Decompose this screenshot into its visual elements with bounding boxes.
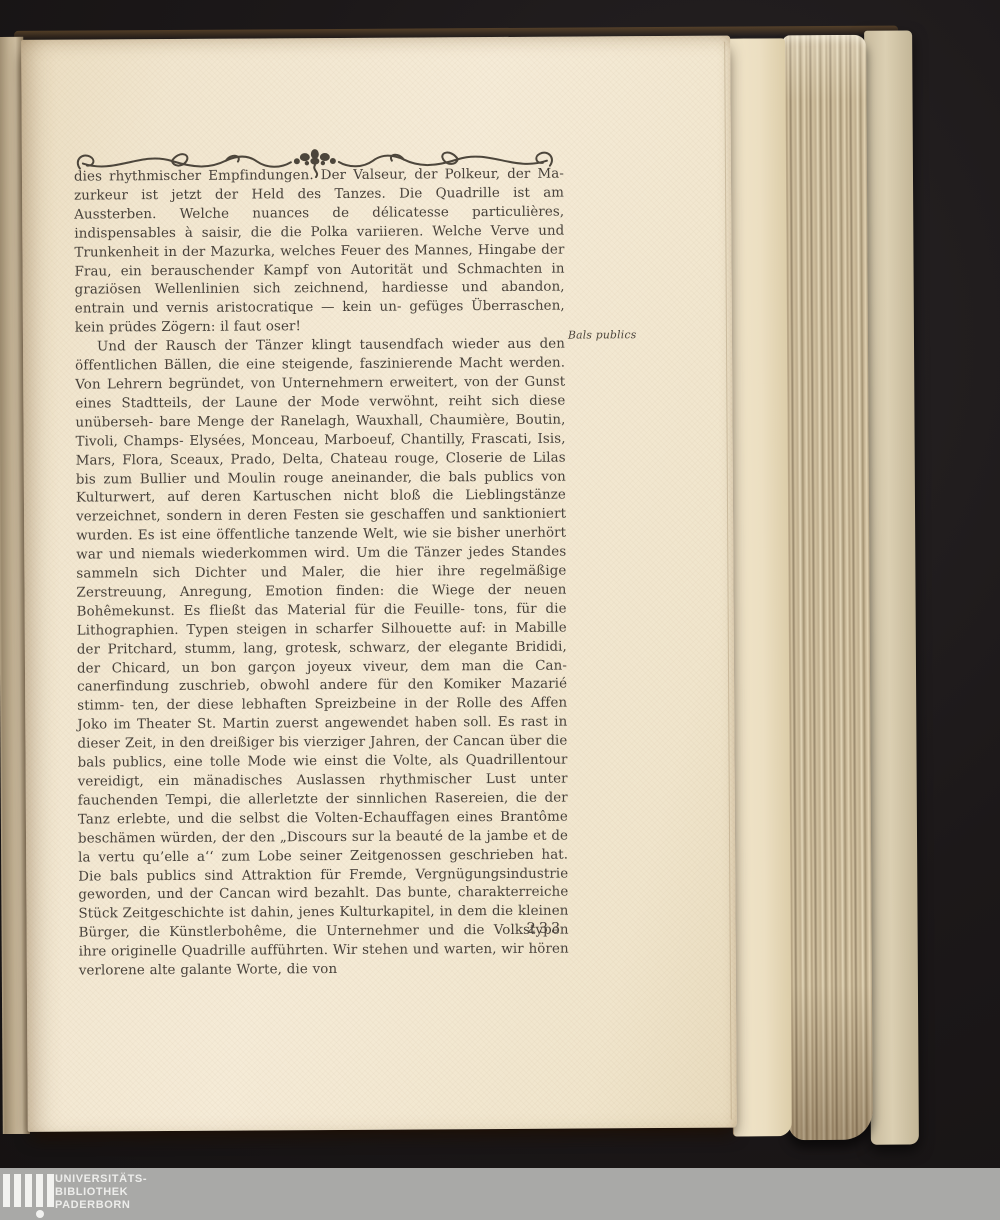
underlying-page-edge: [726, 38, 792, 1136]
body-paragraph-1: dies rhythmischer Empfindungen. Der Vals…: [74, 166, 565, 339]
body-paragraph-2: Und der Rausch der Tänzer klingt tausend…: [75, 336, 569, 982]
margin-note: Bals publics: [568, 328, 637, 341]
text-block: dies rhythmischer Empfindungen. Der Vals…: [74, 166, 569, 982]
ornament-center-floret: [294, 149, 336, 165]
library-watermark-bar: UNIVERSITÄTS- BIBLIOTHEK PADERBORN: [0, 1168, 1000, 1220]
page-number: 233: [527, 921, 564, 937]
book-page: dies rhythmischer Empfindungen. Der Vals…: [21, 36, 737, 1132]
library-logo-icon: [3, 1174, 59, 1218]
library-name: UNIVERSITÄTS- BIBLIOTHEK PADERBORN: [55, 1173, 147, 1212]
library-name-line2: BIBLIOTHEK: [55, 1186, 147, 1199]
book: dies rhythmischer Empfindungen. Der Vals…: [0, 0, 1000, 1220]
library-name-line3: PADERBORN: [55, 1199, 147, 1212]
book-page-edges: [782, 35, 873, 1140]
library-name-line1: UNIVERSITÄTS-: [55, 1173, 147, 1186]
scanned-book-photo: dies rhythmischer Empfindungen. Der Vals…: [0, 0, 1000, 1220]
book-back-cover: [864, 30, 919, 1144]
